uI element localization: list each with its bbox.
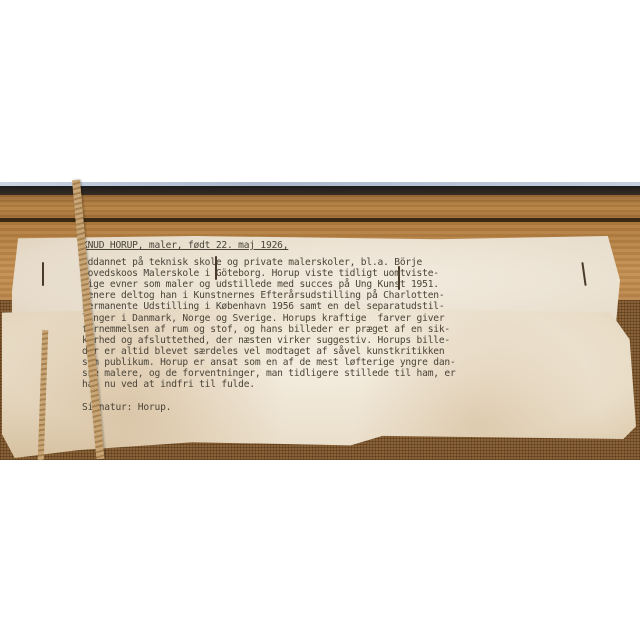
label-line: lige evner som maler og udstillede med s… xyxy=(82,279,622,290)
label-line: som publikum. Horup er ansat som en af d… xyxy=(82,357,622,368)
label-line: Senere deltog han i Kunstnernes Efterårs… xyxy=(82,290,622,301)
label-line: Uddannet på teknisk skole og private mal… xyxy=(82,257,622,268)
label-line: han nu ved at indfri til fulde. xyxy=(82,379,622,390)
label-signature: Signatur: Horup. xyxy=(82,402,622,413)
staple-icon xyxy=(42,262,44,286)
label-line: kerhed og afsluttethed, der næsten virke… xyxy=(82,335,622,346)
label-line: Permanente Udstilling i København 1956 s… xyxy=(82,301,622,312)
label-line: linger i Danmark, Norge og Sverige. Horu… xyxy=(82,313,622,324)
typewritten-label-text: KNUD HORUP, maler, født 22. maj 1926, Ud… xyxy=(82,240,622,413)
photo-scene: KNUD HORUP, maler, født 22. maj 1926, Ud… xyxy=(0,0,640,640)
label-line: der er altid blevet særdeles vel modtage… xyxy=(82,346,622,357)
label-line: fornemmelsen af rum og stof, og hans bil… xyxy=(82,324,622,335)
label-line: Lovedskoos Malerskole i Göteborg. Horup … xyxy=(82,268,622,279)
label-line: ske malere, og de forventninger, man tid… xyxy=(82,368,622,379)
label-heading: KNUD HORUP, maler, født 22. maj 1926, xyxy=(82,240,622,251)
